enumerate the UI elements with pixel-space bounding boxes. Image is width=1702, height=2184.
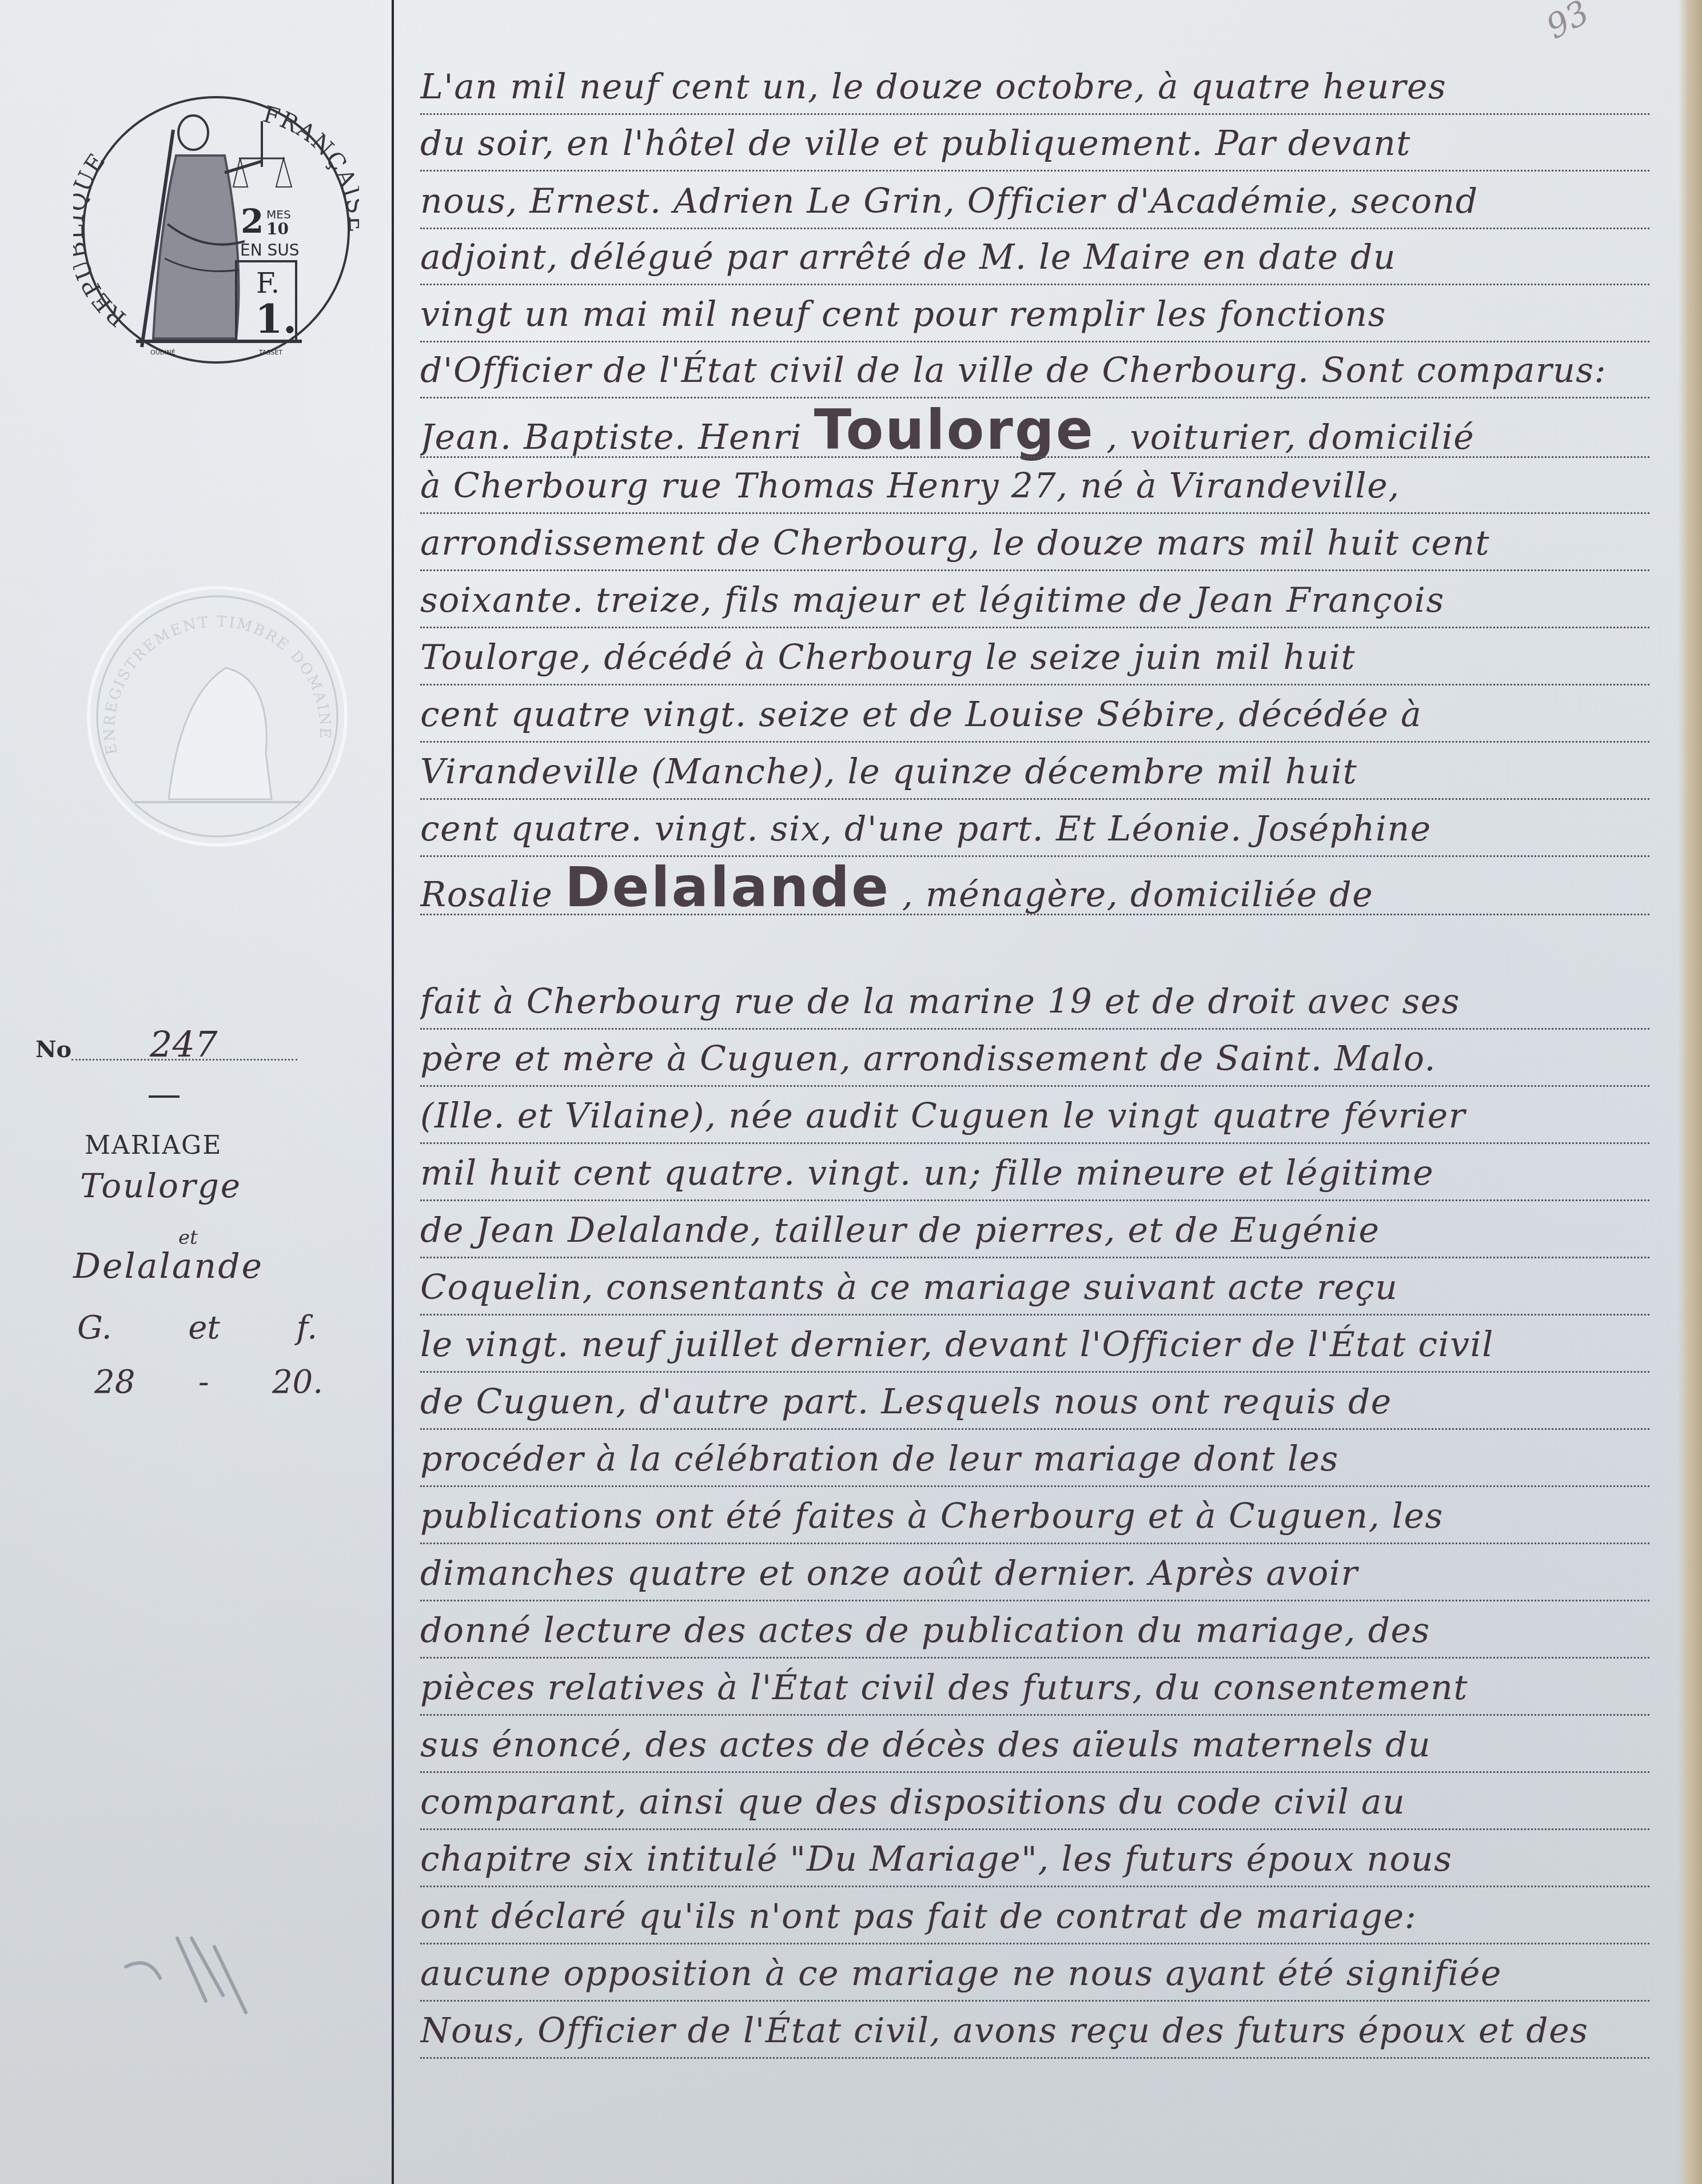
body-line: d'Officier de l'État civil de la ville d… bbox=[420, 348, 1649, 405]
body-line: chapitre six intitulé "Du Mariage", les … bbox=[420, 1836, 1649, 1894]
body-line: père et mère à Cuguen, arrondissement de… bbox=[420, 1036, 1649, 1093]
stamp-text-left: REPUBLIQUE bbox=[73, 148, 131, 331]
groom-line-tail: , voiturier, domicilié bbox=[1106, 417, 1474, 457]
binding-edge bbox=[1678, 0, 1702, 2184]
stamp-en-sus: EN SUS bbox=[240, 241, 300, 260]
body-line-groom: Jean. Baptiste. Henri Toulorge , voituri… bbox=[420, 407, 1649, 464]
stamp-denomination-frac: 10 bbox=[266, 220, 289, 238]
margin-groom-surname: Toulorge bbox=[80, 1166, 242, 1205]
body-line: ont déclaré qu'ils n'ont pas fait de con… bbox=[420, 1894, 1649, 1951]
marianne-justice-stamp-icon: REPUBLIQUE FRANÇAISE 2 MES 10 EN SUS F. … bbox=[73, 87, 359, 373]
body-line: Toulorge, décédé à Cherbourg le seize ju… bbox=[420, 635, 1649, 692]
margin-code: et bbox=[188, 1309, 220, 1346]
body-line: (Ille. et Vilaine), née audit Cuguen le … bbox=[420, 1093, 1649, 1150]
body-line: mil huit cent quatre. vingt. un; fille m… bbox=[420, 1150, 1649, 1207]
margin-numbers: 28 - 20. bbox=[94, 1364, 323, 1401]
stamp-denomination: 2 bbox=[241, 202, 264, 241]
body-line: procéder à la célébration de leur mariag… bbox=[420, 1436, 1649, 1493]
body-line: Nous, Officier de l'État civil, avons re… bbox=[420, 2008, 1649, 2065]
stamp-value-number: 1. bbox=[255, 295, 297, 342]
groom-surname: Toulorge bbox=[814, 407, 1095, 462]
body-line: adjoint, délégué par arrêté de M. le Mai… bbox=[420, 234, 1649, 292]
body-line: à Cherbourg rue Thomas Henry 27, né à Vi… bbox=[420, 463, 1649, 520]
bride-line-tail: , ménagère, domiciliée de bbox=[902, 875, 1374, 915]
fiscal-stamp: REPUBLIQUE FRANÇAISE 2 MES 10 EN SUS F. … bbox=[73, 87, 359, 373]
body-line: fait à Cherbourg rue de la marine 19 et … bbox=[420, 979, 1649, 1036]
body-line: dimanches quatre et onze août dernier. A… bbox=[420, 1551, 1649, 1608]
margin-code: f. bbox=[296, 1309, 317, 1346]
folio-number: 93 bbox=[1540, 0, 1595, 46]
body-line: arrondissement de Cherbourg, le douze ma… bbox=[420, 520, 1649, 577]
body-line: cent quatre vingt. seize et de Louise Sé… bbox=[420, 692, 1649, 749]
margin-et: et bbox=[178, 1226, 198, 1249]
bride-given-name: Rosalie bbox=[420, 875, 553, 915]
body-line: de Jean Delalande, tailleur de pierres, … bbox=[420, 1207, 1649, 1265]
margin-heading: MARIAGE bbox=[85, 1131, 222, 1160]
body-line: publications ont été faites à Cherbourg … bbox=[420, 1493, 1649, 1551]
groom-given-names: Jean. Baptiste. Henri bbox=[420, 417, 802, 457]
registry-page: 93 REPUBLIQUE FRANÇAISE bbox=[0, 0, 1702, 2184]
margin-code: G. bbox=[77, 1309, 112, 1346]
embossed-seal: ENREGISTREMENT TIMBRE DOMAINE bbox=[83, 582, 352, 851]
body-line: du soir, en l'hôtel de ville et publique… bbox=[420, 121, 1649, 178]
body-line: donné lecture des actes de publication d… bbox=[420, 1608, 1649, 1665]
body-line: nous, Ernest. Adrien Le Grin, Officier d… bbox=[420, 178, 1649, 236]
act-number-rule bbox=[71, 1059, 297, 1061]
margin-number: - bbox=[198, 1364, 209, 1401]
body-line: pièces relatives à l'État civil des futu… bbox=[420, 1665, 1649, 1722]
body-line: le vingt. neuf juillet dernier, devant l… bbox=[420, 1322, 1649, 1379]
pencil-scribble-icon bbox=[114, 1932, 263, 2024]
body-line: Coquelin, consentants à ce mariage suiva… bbox=[420, 1265, 1649, 1322]
act-number-label: No bbox=[35, 1036, 71, 1063]
body-line: comparant, ainsi que des dispositions du… bbox=[420, 1779, 1649, 1836]
body-line: vingt un mai mil neuf cent pour remplir … bbox=[420, 292, 1649, 349]
margin-divider bbox=[392, 0, 394, 2184]
body-line: aucune opposition à ce mariage ne nous a… bbox=[420, 1951, 1649, 2008]
body-line: sus énoncé, des actes de décès des aïeul… bbox=[420, 1722, 1649, 1779]
body-line: de Cuguen, d'autre part. Lesquels nous o… bbox=[420, 1379, 1649, 1436]
body-line: soixante. treize, fils majeur et légitim… bbox=[420, 577, 1649, 635]
stamp-engraver-right: TASSET bbox=[258, 349, 282, 356]
embossed-seal-icon: ENREGISTREMENT TIMBRE DOMAINE bbox=[83, 582, 352, 851]
bride-surname: Delalande bbox=[565, 864, 890, 919]
margin-bride-surname: Delalande bbox=[73, 1246, 264, 1286]
body-line: cent quatre. vingt. six, d'une part. Et … bbox=[420, 806, 1649, 863]
margin-dash bbox=[149, 1095, 180, 1098]
margin-codes: G. et f. bbox=[77, 1309, 317, 1346]
svg-text:REPUBLIQUE: REPUBLIQUE bbox=[73, 148, 131, 331]
margin-number: 20. bbox=[272, 1364, 323, 1401]
stamp-engraver-left: OUDINÉ bbox=[150, 349, 176, 356]
body-line-bride: Rosalie Delalande , ménagère, domiciliée… bbox=[420, 864, 1649, 922]
body-line: Virandeville (Manche), le quinze décembr… bbox=[420, 749, 1649, 806]
body-line: L'an mil neuf cent un, le douze octobre,… bbox=[420, 64, 1649, 121]
margin-number: 28 bbox=[94, 1364, 135, 1401]
